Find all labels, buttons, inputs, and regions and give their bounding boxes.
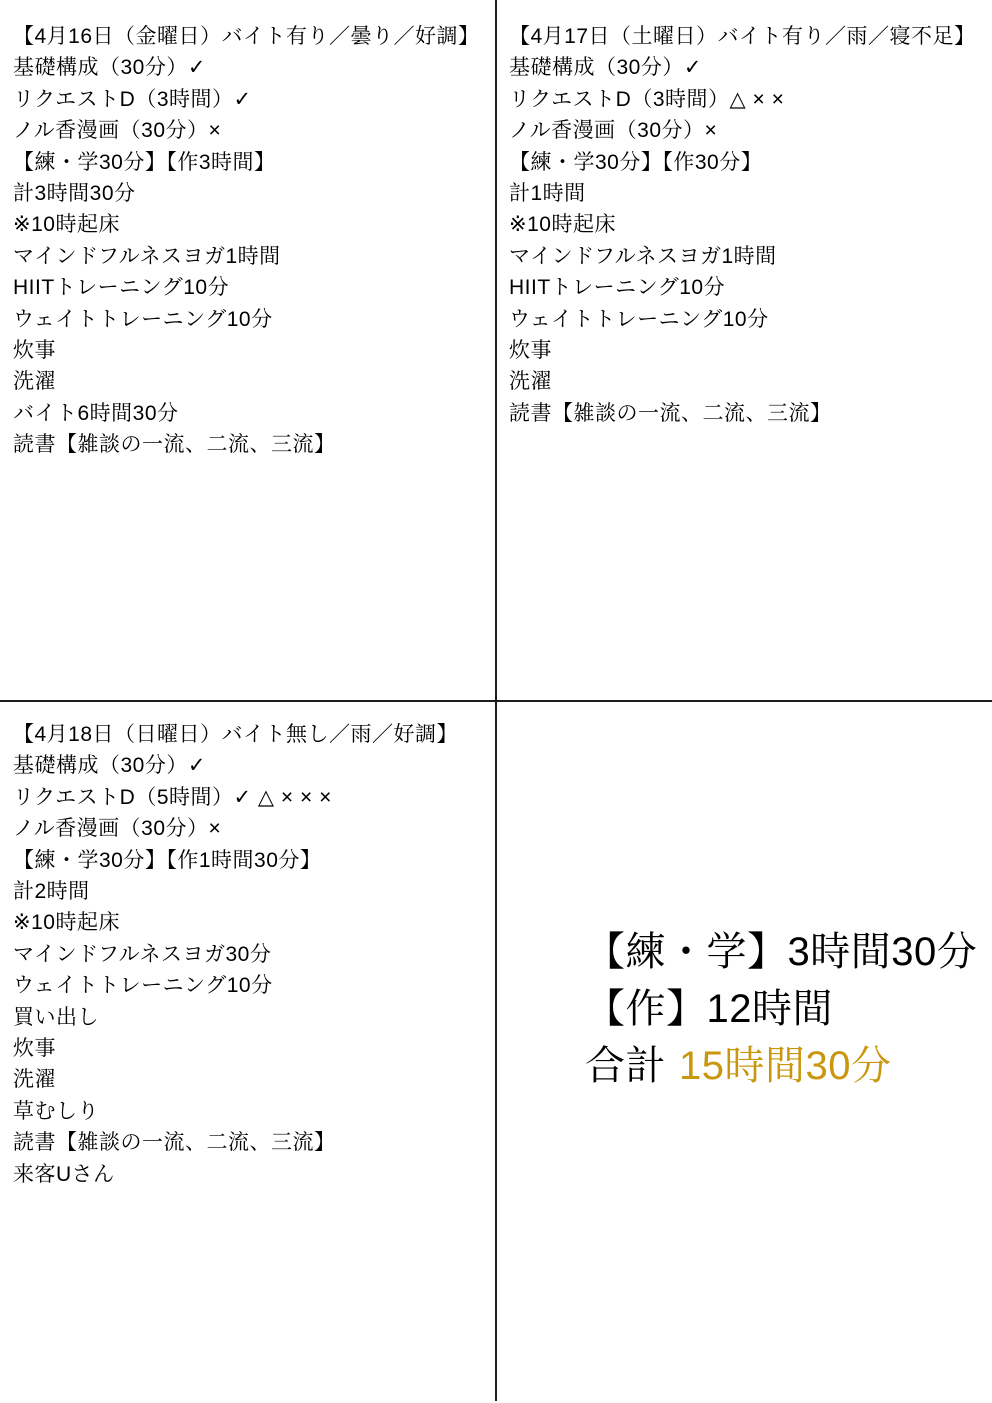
log-line: 【練・学30分】【作30分】	[509, 147, 988, 178]
log-title-apr18: 【4月18日（日曜日）バイト無し／雨／好調】	[13, 719, 491, 750]
log-line: ノル香漫画（30分）×	[13, 115, 491, 146]
log-line: リクエストD（3時間）✓	[13, 84, 491, 115]
log-line: バイト6時間30分	[13, 398, 491, 429]
summary-practice-study: 【練・学】3時間30分	[585, 924, 977, 981]
summary-total-value: 15時間30分	[679, 1044, 891, 1088]
horizontal-divider	[0, 700, 992, 702]
log-line: 洗濯	[13, 366, 491, 397]
log-line: 洗濯	[509, 366, 988, 397]
summary-total-label: 合計	[585, 1044, 666, 1088]
log-line: 炊事	[509, 335, 988, 366]
log-lines-apr18: 基礎構成（30分）✓リクエストD（5時間）✓ △ × × ×ノル香漫画（30分）…	[13, 750, 491, 1190]
log-line: ※10時起床	[509, 209, 988, 240]
log-line: 洗濯	[13, 1064, 491, 1095]
log-line: HIITトレーニング10分	[509, 272, 988, 303]
diary-grid-page: 【4月16日（金曜日）バイト有り／曇り／好調】 基礎構成（30分）✓リクエストD…	[0, 0, 992, 1403]
log-line: ウェイトトレーニング10分	[13, 304, 491, 335]
log-line: ウェイトトレーニング10分	[509, 304, 988, 335]
log-line: 読書【雑談の一流、二流、三流】	[13, 429, 491, 460]
log-line: マインドフルネスヨガ30分	[13, 939, 491, 970]
summary-total: 合計15時間30分	[585, 1038, 977, 1095]
log-line: 買い出し	[13, 1002, 491, 1033]
log-line: ウェイトトレーニング10分	[13, 970, 491, 1001]
log-quadrant-apr17: 【4月17日（土曜日）バイト有り／雨／寝不足】 基礎構成（30分）✓リクエストD…	[497, 0, 992, 700]
log-line: 来客Uさん	[13, 1159, 491, 1190]
log-lines-apr17: 基礎構成（30分）✓リクエストD（3時間）△ × ×ノル香漫画（30分）×【練・…	[509, 52, 988, 429]
log-line: 【練・学30分】【作1時間30分】	[13, 845, 491, 876]
log-line: 計1時間	[509, 178, 988, 209]
log-quadrant-apr18: 【4月18日（日曜日）バイト無し／雨／好調】 基礎構成（30分）✓リクエストD（…	[0, 702, 495, 1403]
log-line: 基礎構成（30分）✓	[13, 52, 491, 83]
log-title-apr17: 【4月17日（土曜日）バイト有り／雨／寝不足】	[509, 21, 988, 52]
log-lines-apr16: 基礎構成（30分）✓リクエストD（3時間）✓ノル香漫画（30分）×【練・学30分…	[13, 52, 491, 460]
log-line: 計2時間	[13, 876, 491, 907]
log-line: 計3時間30分	[13, 178, 491, 209]
log-line: リクエストD（5時間）✓ △ × × ×	[13, 782, 491, 813]
log-line: リクエストD（3時間）△ × ×	[509, 84, 988, 115]
log-line: 基礎構成（30分）✓	[13, 750, 491, 781]
log-line: 炊事	[13, 335, 491, 366]
log-line: 基礎構成（30分）✓	[509, 52, 988, 83]
log-quadrant-apr16: 【4月16日（金曜日）バイト有り／曇り／好調】 基礎構成（30分）✓リクエストD…	[0, 0, 495, 700]
summary-work: 【作】12時間	[585, 981, 977, 1038]
log-line: マインドフルネスヨガ1時間	[13, 241, 491, 272]
log-line: 読書【雑談の一流、二流、三流】	[509, 398, 988, 429]
log-line: 読書【雑談の一流、二流、三流】	[13, 1127, 491, 1158]
log-line: ※10時起床	[13, 209, 491, 240]
log-line: マインドフルネスヨガ1時間	[509, 241, 988, 272]
summary-quadrant: 【練・学】3時間30分 【作】12時間 合計15時間30分	[497, 702, 992, 1403]
log-line: HIITトレーニング10分	[13, 272, 491, 303]
log-line: ノル香漫画（30分）×	[509, 115, 988, 146]
log-line: ※10時起床	[13, 907, 491, 938]
log-line: ノル香漫画（30分）×	[13, 813, 491, 844]
log-line: 炊事	[13, 1033, 491, 1064]
weekly-summary: 【練・学】3時間30分 【作】12時間 合計15時間30分	[585, 924, 977, 1095]
log-title-apr16: 【4月16日（金曜日）バイト有り／曇り／好調】	[13, 21, 491, 52]
log-line: 【練・学30分】【作3時間】	[13, 147, 491, 178]
log-line: 草むしり	[13, 1096, 491, 1127]
